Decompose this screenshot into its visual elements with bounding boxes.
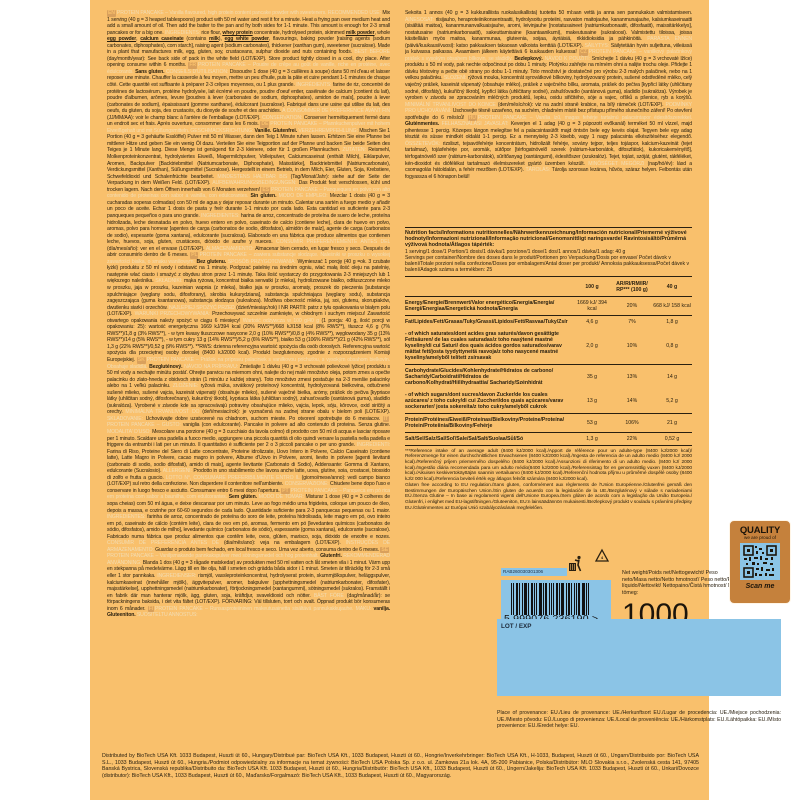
qr-code-icon [740,543,780,580]
distributor-info: Distributed by BioTech USA Kft. 1033 Bud… [102,753,699,780]
quality-qr-badge[interactable]: QUALITY we are proud of Scan me [729,520,791,604]
nutrition-row-energy: Energy/Energie/Brennwert/Valor energétic… [405,296,692,315]
batch-code: RAB260030301306 [501,568,567,576]
net-weight-label: Net weight/Poids net/Nettogewicht/ Peso … [622,570,742,596]
col-40g: 40 g [652,276,692,296]
nutrition-heading: Nutrition facts/Informations nutritionne… [405,227,692,249]
section-fi-cz-hu: Sekoita 1 annos (40 g = 3 kukkuralliista… [405,10,692,180]
qr-code[interactable] [740,543,780,580]
nutrition-header-row: 100 g AR/RI/RM/IR/ RP*** (100 g) 40 g [405,276,692,296]
section-en: ENPROTEIN PANCAKE – Vanilla flavoured, h… [107,10,390,619]
product-label: ENPROTEIN PANCAKE – Vanilla flavoured, h… [90,0,709,800]
lot-exp-field: LOT / EXP [497,619,781,696]
lot-exp-label: LOT / EXP [501,623,531,630]
recycle-icon: 4 [594,548,610,566]
tidyman-bin-icon [568,555,582,572]
nutrition-row-saturates: - of which saturates/dont acides gras sa… [405,328,692,365]
multilingual-text-left: ENPROTEIN PANCAKE – Vanilla flavoured, h… [107,10,390,730]
col-100g: 100 g [572,276,612,296]
nutrition-row-protein: Protein/Protéines/Eiweiß/Proteínas/Bielk… [405,413,692,432]
nutrition-row-sugars: - of which sugars/dont sucres/davon Zuck… [405,389,692,414]
multilingual-text-right: Sekoita 1 annos (40 g = 3 kukkuralliista… [405,10,692,218]
nutrition-row-fat: Fat/Lipides/Fett/Grasas/Tuky/Grassi/Lípi… [405,315,692,328]
scan-me-label: Scan me [730,583,790,590]
nutrition-facts: Nutrition facts/Informations nutritionne… [405,227,692,511]
recycle-ldpe: 4 [594,548,612,572]
barcode-bars-icon [511,583,601,615]
nutrition-row-salt: Salt/Sel/Salz/Sal/Soľ/Sale/Sal/Salt/Suol… [405,432,692,445]
gluten-free-note: Gluten free according to EU regulation./… [405,483,692,512]
place-of-provenance: Place of provenance: EU./Lieu de provena… [497,710,781,730]
nutrition-table: 100 g AR/RI/RM/IR/ RP*** (100 g) 40 g En… [405,276,692,446]
col-ri: AR/RI/RM/IR/ RP*** (100 g) [612,276,652,296]
reference-intake-footnote: ***Reference intake of an average adult … [405,449,692,483]
servings-per-container: Servings per container/Nombre des doses … [405,255,692,273]
svg-text:4: 4 [601,555,604,560]
disposal-icons: 4 [568,548,612,572]
nutrition-row-carbohydrate: Carbohydrate/Glucides/Kohlenhydrate/Hidr… [405,364,692,389]
